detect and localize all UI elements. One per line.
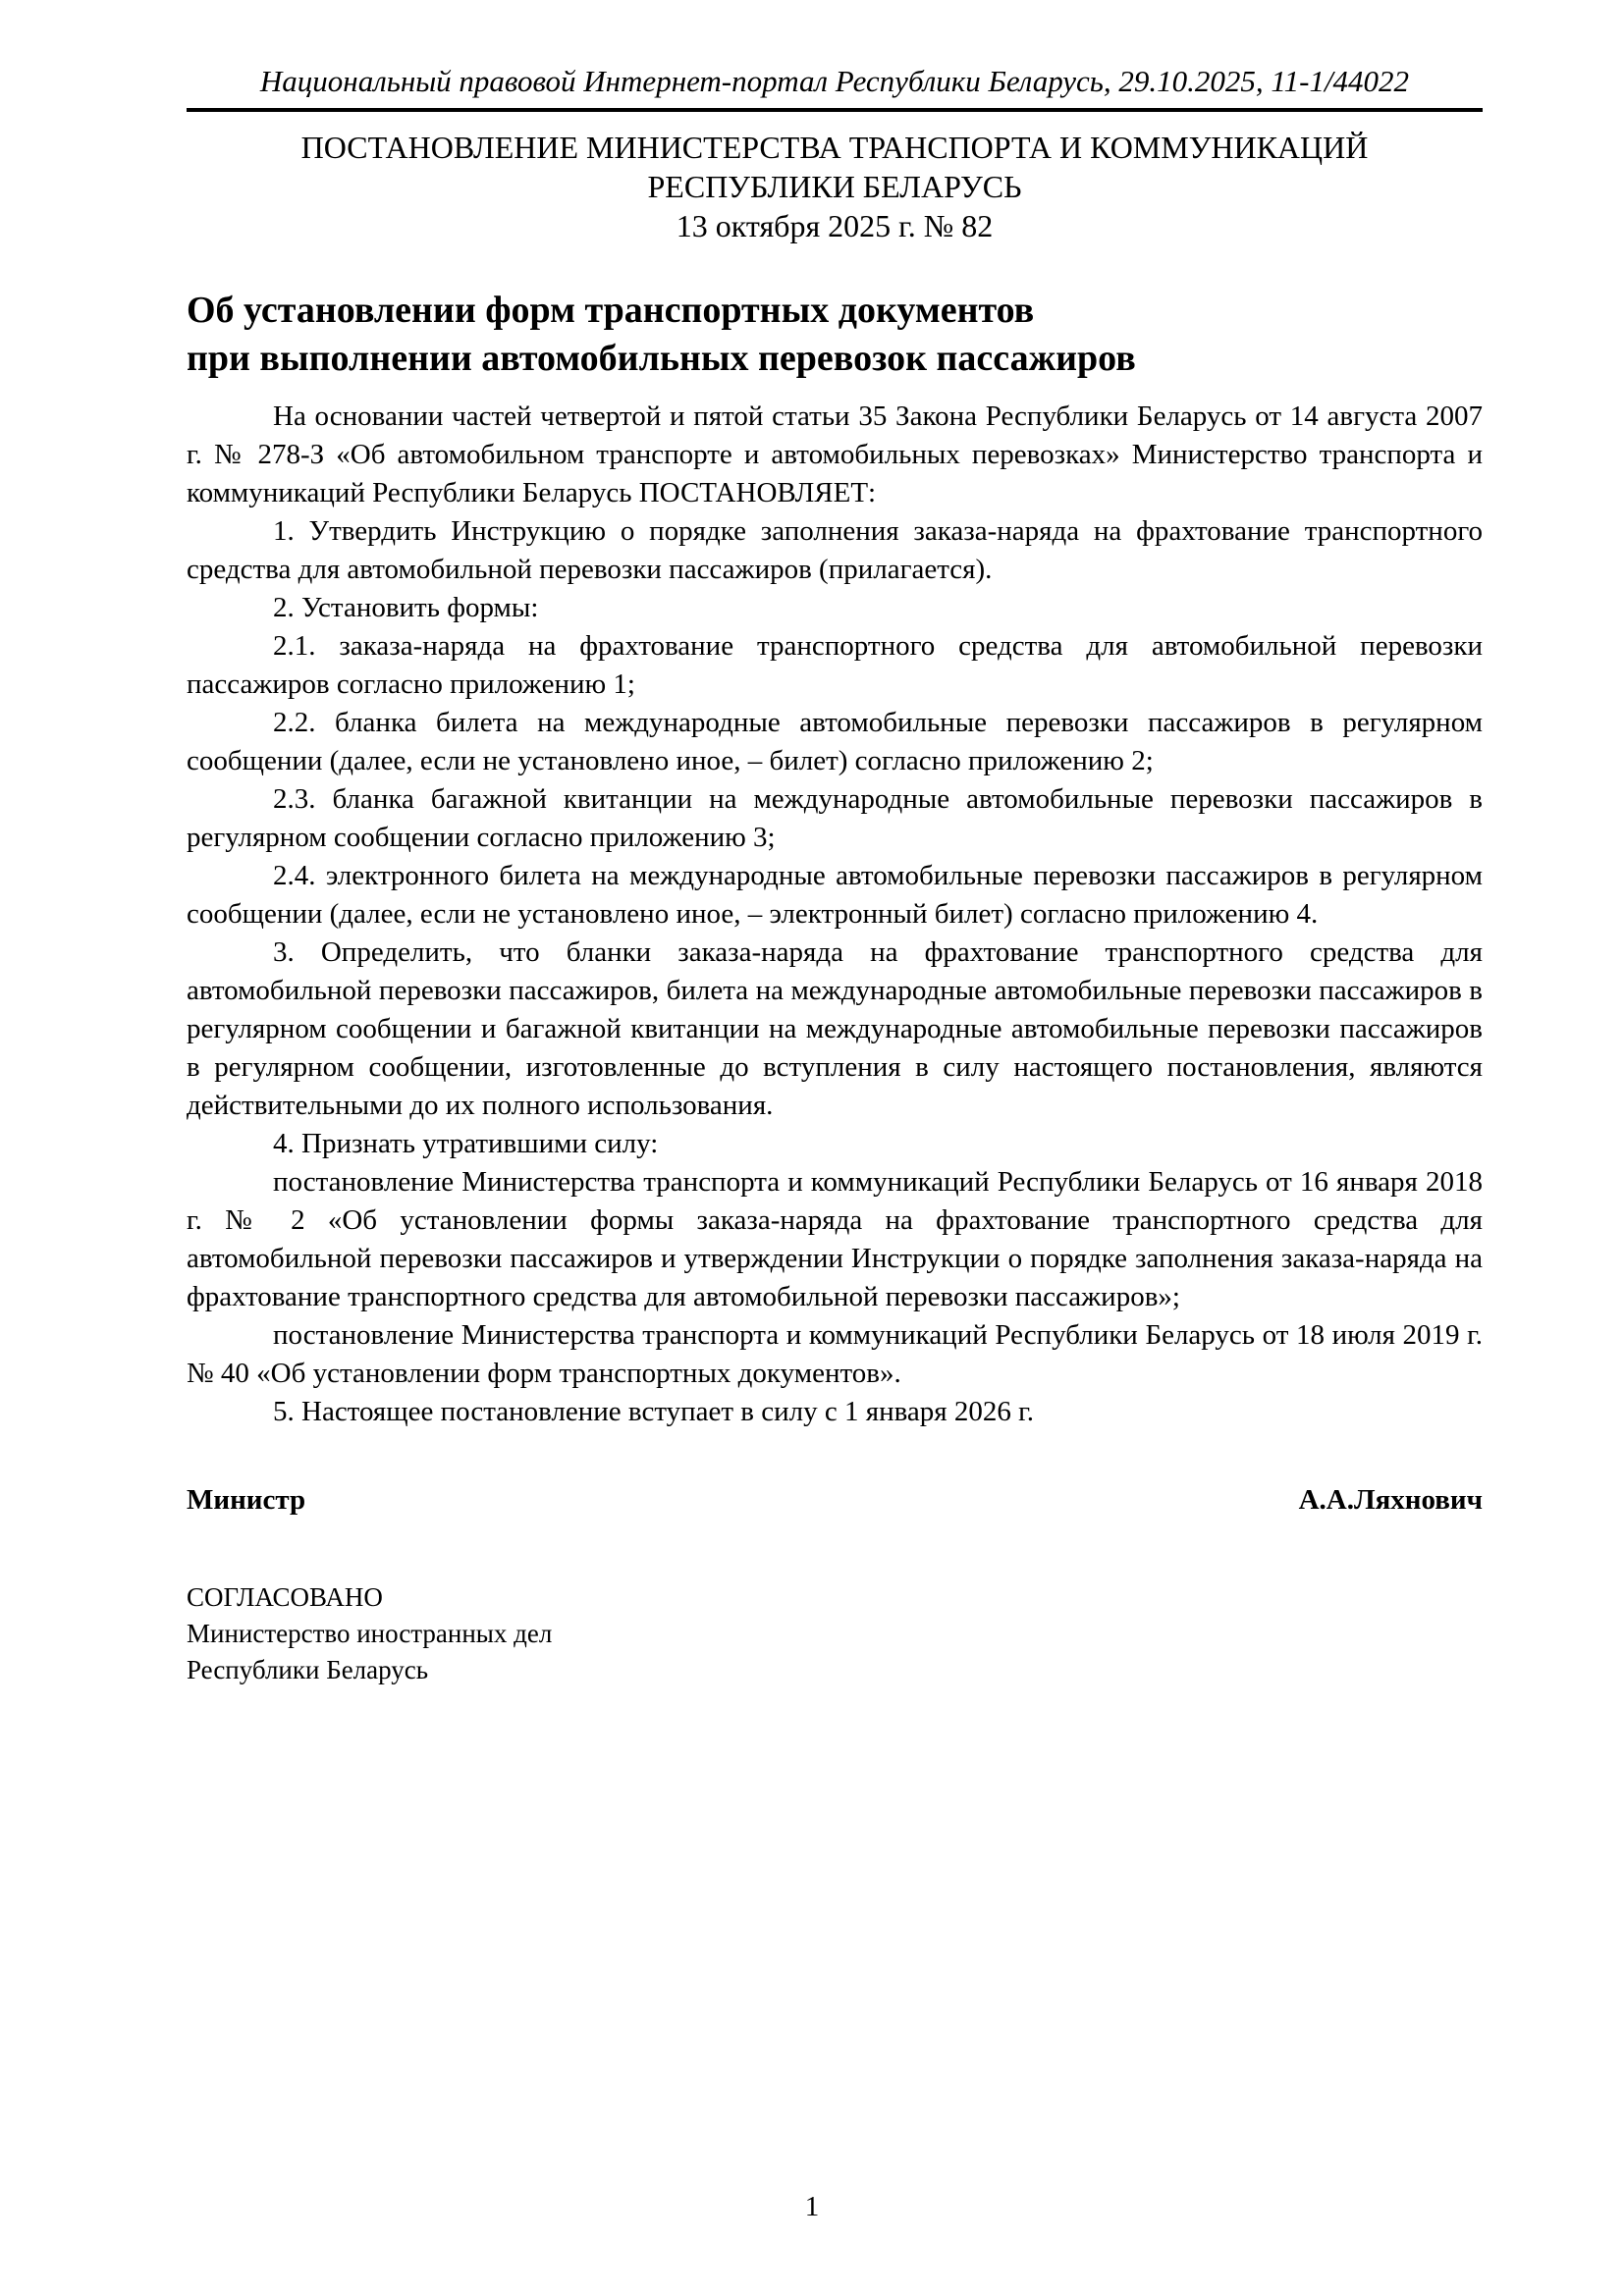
decree-title-line-1: ПОСТАНОВЛЕНИЕ МИНИСТЕРСТВА ТРАНСПОРТА И … (187, 128, 1483, 167)
decree-date-number: 13 октября 2025 г. № 82 (187, 206, 1483, 245)
body-paragraph-item-1: 1. Утвердить Инструкцию о порядке заполн… (187, 512, 1483, 589)
body-paragraph-preamble: На основании частей четвертой и пятой ст… (187, 398, 1483, 512)
decree-body: На основании частей четвертой и пятой ст… (187, 398, 1483, 1431)
approval-label: СОГЛАСОВАНО (187, 1579, 1483, 1616)
body-paragraph-repealed-2019: постановление Министерства транспорта и … (187, 1316, 1483, 1393)
signer-name: А.А.Ляхнович (1299, 1484, 1483, 1517)
body-paragraph-item-2-3: 2.3. бланка багажной квитанции на междун… (187, 780, 1483, 857)
body-paragraph-item-2-2: 2.2. бланка билета на международные авто… (187, 704, 1483, 780)
signer-position: Министр (187, 1484, 305, 1517)
body-paragraph-item-2-4: 2.4. электронного билета на международны… (187, 857, 1483, 934)
signature-row: Министр А.А.Ляхнович (187, 1484, 1483, 1517)
document-page: Национальный правовой Интернет-портал Ре… (0, 0, 1624, 2296)
approval-org-line-1: Министерство иностранных дел (187, 1616, 1483, 1652)
approval-org-line-2: Республики Беларусь (187, 1652, 1483, 1688)
body-paragraph-item-3: 3. Определить, что бланки заказа-наряда … (187, 934, 1483, 1125)
page-number: 1 (0, 2191, 1624, 2223)
decree-title-line-2: РЕСПУБЛИКИ БЕЛАРУСЬ (187, 167, 1483, 206)
approval-block: СОГЛАСОВАНО Министерство иностранных дел… (187, 1579, 1483, 1688)
subject-heading-line-1: Об установлении форм транспортных докуме… (187, 287, 1483, 335)
subject-heading: Об установлении форм транспортных докуме… (187, 287, 1483, 383)
body-paragraph-item-2: 2. Установить формы: (187, 589, 1483, 627)
body-paragraph-item-5: 5. Настоящее постановление вступает в си… (187, 1393, 1483, 1431)
portal-header-line: Национальный правовой Интернет-портал Ре… (187, 63, 1483, 100)
subject-heading-line-2: при выполнении автомобильных перевозок п… (187, 335, 1483, 383)
body-paragraph-item-2-1: 2.1. заказа-наряда на фрахтование трансп… (187, 627, 1483, 704)
body-paragraph-repealed-2018: постановление Министерства транспорта и … (187, 1163, 1483, 1316)
header-divider-rule (187, 108, 1483, 112)
decree-title-block: ПОСТАНОВЛЕНИЕ МИНИСТЕРСТВА ТРАНСПОРТА И … (187, 128, 1483, 245)
body-paragraph-item-4: 4. Признать утратившими силу: (187, 1125, 1483, 1163)
